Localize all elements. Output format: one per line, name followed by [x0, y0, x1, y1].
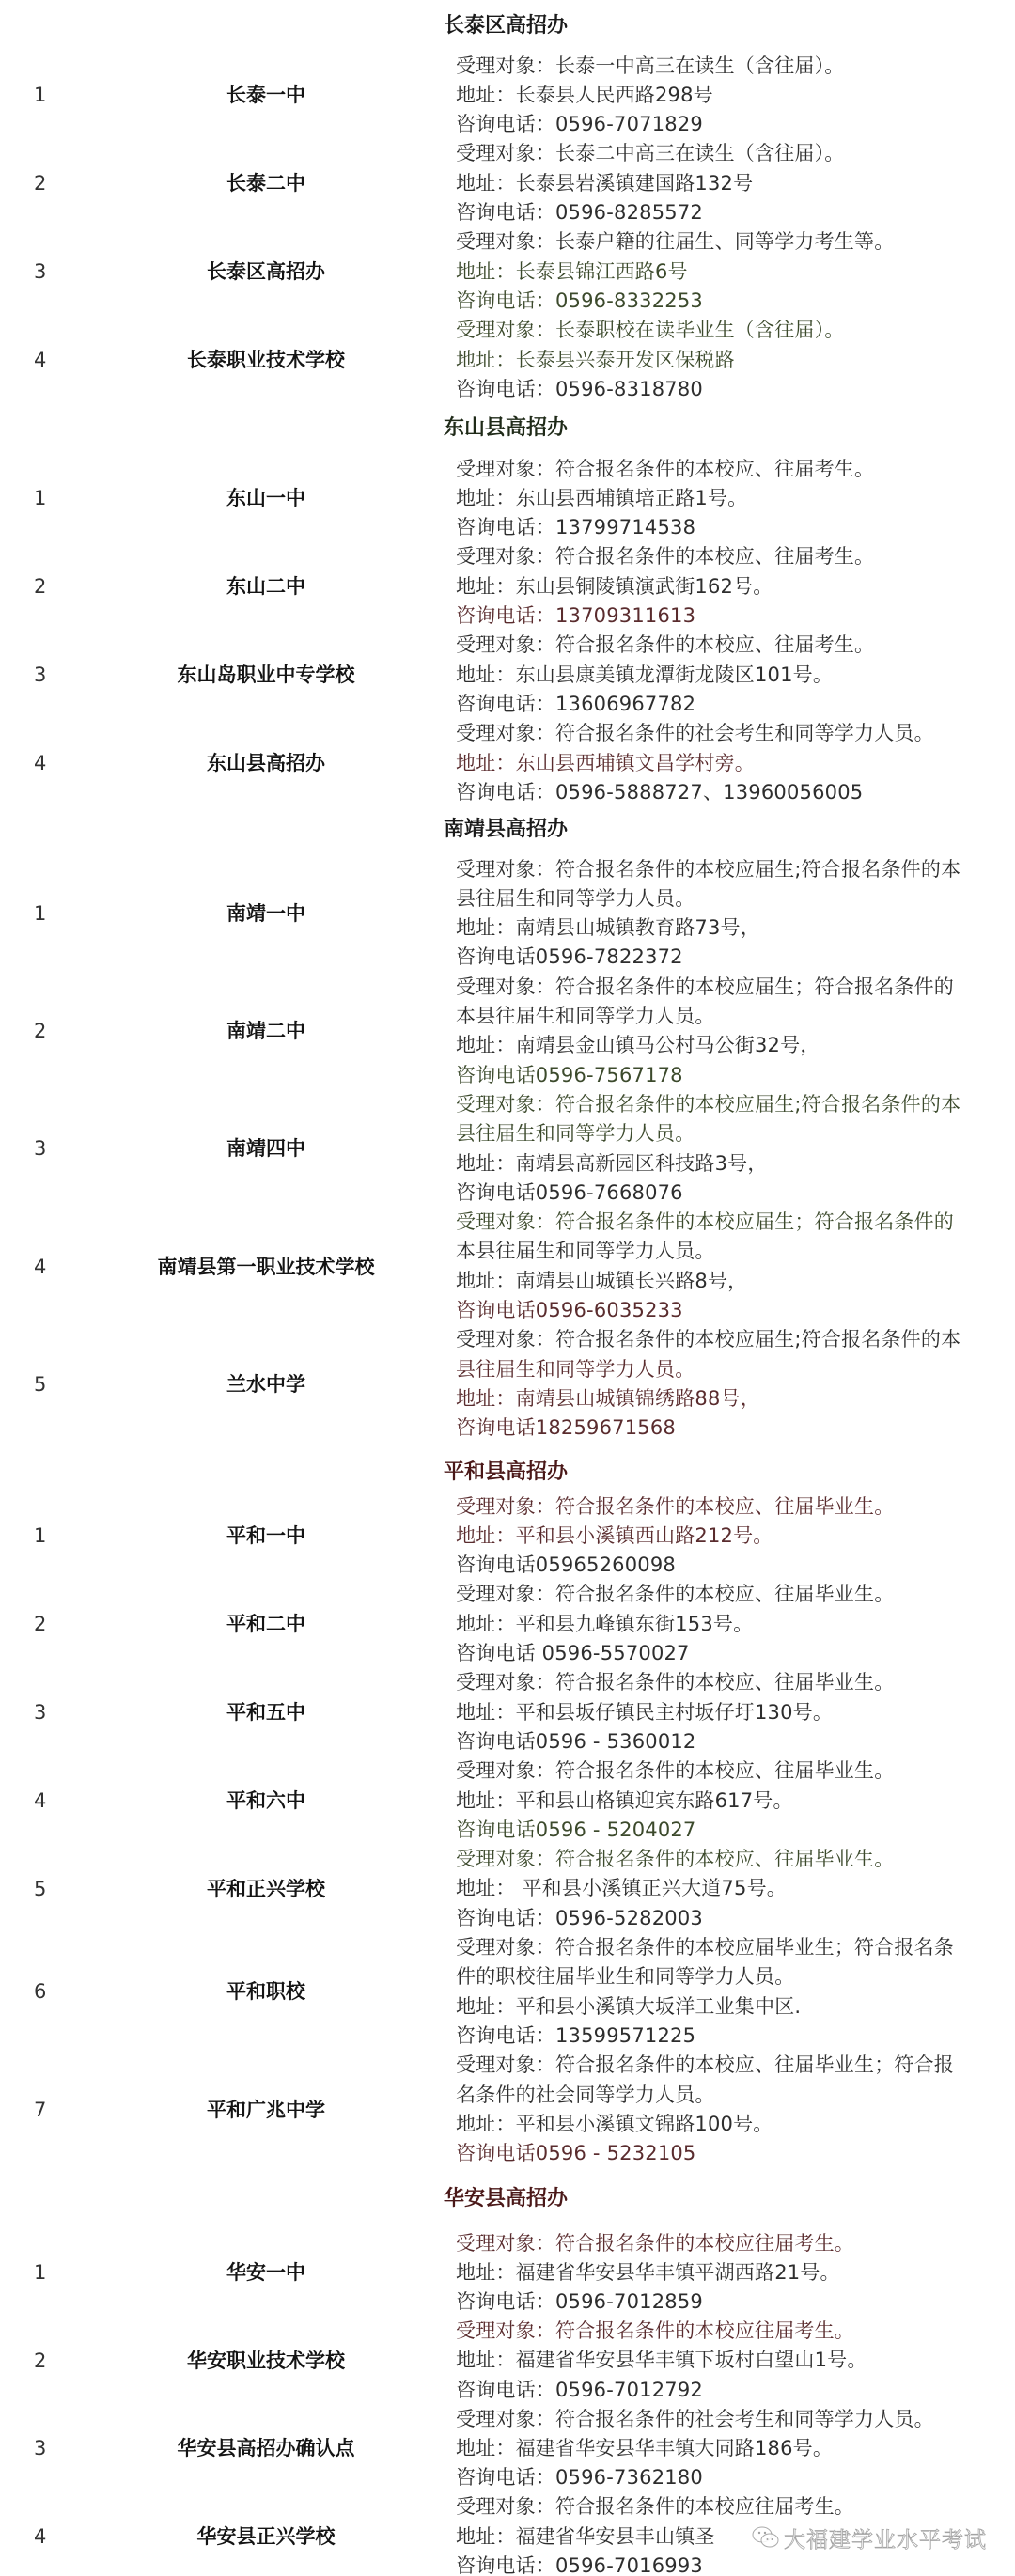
row-index: 3: [34, 1134, 62, 1163]
row-index: 4: [34, 1787, 62, 1815]
address-text: 地址：长泰县锦江西路6号: [456, 258, 688, 287]
row-index: 3: [34, 1698, 62, 1726]
address-text: 地址：长泰县人民西路298号: [456, 81, 713, 110]
eligibility-text: 受理对象：符合报名条件的本校应届生；符合报名条件的: [456, 973, 954, 1002]
eligibility-text: 受理对象：长泰一中高三在读生（含往届）。: [456, 52, 845, 81]
eligibility-text-continued: 件的职校往届毕业生和同等学力人员。: [456, 1962, 794, 1991]
eligibility-text: 受理对象：符合报名条件的本校应往届考生。: [456, 2317, 854, 2346]
row-index: 1: [34, 484, 62, 512]
school-name: 东山岛职业中专学校: [113, 661, 419, 689]
eligibility-text: 受理对象：符合报名条件的本校应、往届毕业生。: [456, 1756, 894, 1786]
phone-text: 咨询电话0596-7668076: [456, 1179, 683, 1208]
eligibility-text: 受理对象：符合报名条件的本校应往届考生。: [456, 2492, 854, 2521]
school-name: 长泰一中: [113, 81, 419, 109]
section-title: 长泰区高招办: [444, 12, 568, 40]
address-text: 地址：平和县九峰镇东街153号。: [456, 1610, 753, 1639]
row-index: 2: [34, 2347, 62, 2375]
eligibility-text-continued: 县往届生和同等学力人员。: [456, 884, 695, 913]
row-index: 3: [34, 661, 62, 689]
school-name: 平和六中: [113, 1787, 419, 1815]
phone-text: 咨询电话：0596-8285572: [456, 198, 703, 227]
row-index: 6: [34, 1977, 62, 2006]
phone-text: 咨询电话：0596-7016993: [456, 2552, 703, 2576]
eligibility-text-continued: 县往届生和同等学力人员。: [456, 1355, 695, 1384]
row-index: 2: [34, 1017, 62, 1045]
address-text: 地址：平和县坂仔镇民主村坂仔圩130号。: [456, 1698, 833, 1727]
school-name: 平和正兴学校: [113, 1875, 419, 1903]
eligibility-text: 受理对象：符合报名条件的本校应、往届毕业生。: [456, 1492, 894, 1522]
address-text: 地址：平和县小溪镇西山路212号。: [456, 1522, 773, 1551]
eligibility-text-continued: 县往届生和同等学力人员。: [456, 1119, 695, 1148]
school-name: 长泰二中: [113, 169, 419, 197]
eligibility-text: 受理对象：符合报名条件的本校应届生；符合报名条件的: [456, 1208, 954, 1237]
row-index: 3: [34, 258, 62, 286]
row-index: 4: [34, 346, 62, 374]
phone-text: 咨询电话18259671568: [456, 1413, 676, 1443]
eligibility-text: 受理对象：符合报名条件的本校应往届考生。: [456, 2229, 854, 2258]
school-name: 东山县高招办: [113, 749, 419, 777]
school-name: 平和二中: [113, 1610, 419, 1638]
school-name: 平和五中: [113, 1698, 419, 1726]
row-index: 1: [34, 81, 62, 109]
phone-text: 咨询电话0596-7822372: [456, 943, 683, 972]
row-index: 4: [34, 749, 62, 777]
phone-text: 咨询电话：13599571225: [456, 2022, 695, 2051]
eligibility-text: 受理对象：符合报名条件的本校应、往届考生。: [456, 455, 874, 484]
address-text: 地址：东山县铜陵镇演武街162号。: [456, 572, 773, 601]
school-name: 华安县高招办确认点: [113, 2434, 419, 2462]
phone-text: 咨询电话：0596-5282003: [456, 1904, 703, 1933]
row-index: 1: [34, 1522, 62, 1550]
section-title: 华安县高招办: [444, 2185, 568, 2213]
school-name: 平和一中: [113, 1522, 419, 1550]
phone-text: 咨询电话 0596-5570027: [456, 1639, 690, 1668]
eligibility-text: 受理对象：符合报名条件的本校应届生;符合报名条件的本: [456, 1090, 960, 1119]
phone-text: 咨询电话0596-6035233: [456, 1296, 683, 1325]
row-index: 1: [34, 899, 62, 928]
eligibility-text: 受理对象：符合报名条件的本校应、往届考生。: [456, 542, 874, 571]
row-index: 2: [34, 1610, 62, 1638]
row-index: 4: [34, 2522, 62, 2551]
watermark: 大福建学业水平考试: [752, 2521, 987, 2553]
address-text: 地址：南靖县山城镇教育路73号，: [456, 913, 760, 943]
school-name: 长泰职业技术学校: [113, 346, 419, 374]
eligibility-text: 受理对象：符合报名条件的本校应届生;符合报名条件的本: [456, 855, 960, 884]
eligibility-text: 受理对象：长泰户籍的往届生、同等学力考生等。: [456, 227, 894, 257]
school-name: 南靖四中: [113, 1134, 419, 1163]
address-text: 地址：福建省华安县华丰镇大同路186号。: [456, 2434, 833, 2463]
phone-text: 咨询电话：13799714538: [456, 513, 695, 542]
eligibility-text: 受理对象：符合报名条件的本校应、往届毕业生。: [456, 1668, 894, 1697]
school-name: 东山一中: [113, 484, 419, 512]
phone-text: 咨询电话0596 - 5360012: [456, 1727, 696, 1756]
address-text: 地址：平和县小溪镇文锦路100号。: [456, 2110, 773, 2139]
phone-text: 咨询电话：0596-7012859: [456, 2287, 703, 2317]
wechat-icon: [752, 2525, 780, 2550]
section-title: 南靖县高招办: [444, 816, 568, 844]
address-text: 地址：南靖县金山镇马公村马公街32号，: [456, 1031, 820, 1060]
school-name: 华安县正兴学校: [113, 2522, 419, 2551]
address-text: 地址：南靖县高新园区科技路3号，: [456, 1149, 768, 1179]
address-text: 地址：平和县小溪镇大坂洋工业集中区.: [456, 1992, 801, 2022]
school-name: 长泰区高招办: [113, 258, 419, 286]
address-text: 地址：长泰县岩溪镇建国路132号: [456, 169, 753, 198]
address-text: 地址：南靖县山城镇锦绣路88号，: [456, 1384, 760, 1413]
row-index: 5: [34, 1875, 62, 1903]
phone-text: 咨询电话：0596-7071829: [456, 110, 703, 139]
eligibility-text-continued: 名条件的社会同等学力人员。: [456, 2081, 715, 2110]
school-name: 南靖一中: [113, 899, 419, 928]
eligibility-text: 受理对象：符合报名条件的本校应、往届毕业生。: [456, 1580, 894, 1609]
school-name: 华安职业技术学校: [113, 2347, 419, 2375]
row-index: 2: [34, 572, 62, 601]
eligibility-text-continued: 本县往届生和同等学力人员。: [456, 1237, 715, 1266]
address-text: 地址： 平和县小溪镇正兴大道75号。: [456, 1874, 787, 1903]
phone-text: 咨询电话：0596-7012792: [456, 2376, 703, 2405]
phone-text: 咨询电话：13606967782: [456, 690, 695, 719]
row-index: 2: [34, 169, 62, 197]
school-name: 平和广兆中学: [113, 2096, 419, 2124]
watermark-text: 大福建学业水平考试: [784, 2522, 987, 2553]
section-title: 东山县高招办: [444, 414, 568, 443]
eligibility-text: 受理对象：符合报名条件的本校应、往届毕业生；符合报: [456, 2051, 954, 2080]
eligibility-text: 受理对象：符合报名条件的本校应届毕业生；符合报名条: [456, 1933, 954, 1962]
section-title: 平和县高招办: [444, 1459, 568, 1487]
address-text: 地址：福建省华安县华丰镇平湖西路21号。: [456, 2258, 840, 2287]
address-text: 地址：福建省华安县华丰镇下坂村白望山1号。: [456, 2346, 867, 2375]
address-text: 地址：东山县西埔镇文昌学村旁。: [456, 749, 755, 778]
eligibility-text: 受理对象：符合报名条件的本校应、往届毕业生。: [456, 1845, 894, 1874]
phone-text: 咨询电话0596 - 5232105: [456, 2139, 696, 2168]
school-name: 南靖县第一职业技术学校: [113, 1253, 419, 1281]
row-index: 3: [34, 2434, 62, 2462]
row-index: 4: [34, 1253, 62, 1281]
school-name: 平和职校: [113, 1977, 419, 2006]
phone-text: 咨询电话05965260098: [456, 1551, 676, 1580]
phone-text: 咨询电话：0596-8318780: [456, 375, 703, 404]
eligibility-text-continued: 本县往届生和同等学力人员。: [456, 1002, 715, 1031]
eligibility-text: 受理对象：长泰职校在读毕业生（含往届）。: [456, 316, 845, 345]
eligibility-text: 受理对象：符合报名条件的本校应届生;符合报名条件的本: [456, 1325, 960, 1354]
school-name: 华安一中: [113, 2258, 419, 2287]
phone-text: 咨询电话：13709311613: [456, 601, 695, 631]
phone-text: 咨询电话：0596-7362180: [456, 2463, 703, 2492]
eligibility-text: 受理对象：符合报名条件的社会考生和同等学力人员。: [456, 2405, 934, 2434]
address-text: 地址：东山县西埔镇培正路1号。: [456, 484, 747, 513]
address-text: 地址：长泰县兴泰开发区保税路: [456, 346, 735, 375]
address-text: 地址：东山县康美镇龙潭街龙陵区101号。: [456, 661, 833, 690]
phone-text: 咨询电话：0596-5888727、13960056005: [456, 778, 863, 807]
address-text: 地址：福建省华安县丰山镇圣: [456, 2522, 715, 2552]
row-index: 1: [34, 2258, 62, 2287]
eligibility-text: 受理对象：符合报名条件的本校应、往届考生。: [456, 631, 874, 660]
address-text: 地址：南靖县山城镇长兴路8号，: [456, 1267, 747, 1296]
phone-text: 咨询电话：0596-8332253: [456, 287, 703, 316]
eligibility-text: 受理对象：符合报名条件的社会考生和同等学力人员。: [456, 719, 934, 748]
eligibility-text: 受理对象：长泰二中高三在读生（含往届）。: [456, 139, 845, 168]
phone-text: 咨询电话0596 - 5204027: [456, 1816, 696, 1845]
school-name: 兰水中学: [113, 1370, 419, 1398]
row-index: 5: [34, 1370, 62, 1398]
phone-text: 咨询电话0596-7567178: [456, 1061, 683, 1090]
school-name: 南靖二中: [113, 1017, 419, 1045]
school-name: 东山二中: [113, 572, 419, 601]
address-text: 地址：平和县山格镇迎宾东路617号。: [456, 1787, 793, 1816]
row-index: 7: [34, 2096, 62, 2124]
